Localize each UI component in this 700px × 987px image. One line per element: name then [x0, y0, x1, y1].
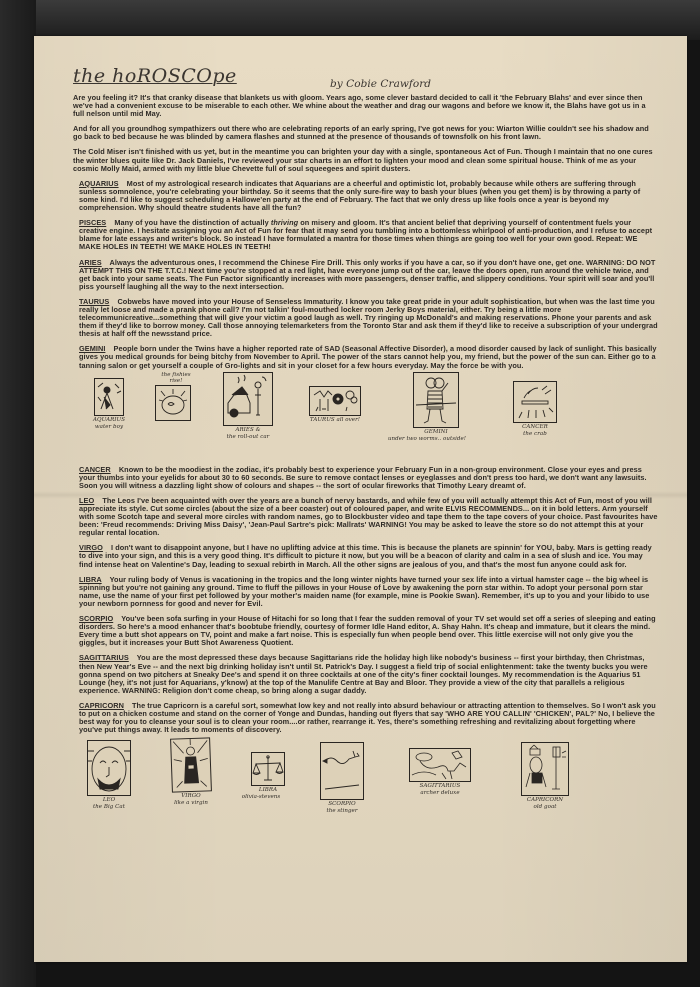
cartoon-caption: VIRGO	[171, 793, 211, 799]
sign-entry-scorpio: SCORPIO You've been sofa surfing in your…	[79, 615, 658, 647]
lion-face-icon	[87, 740, 131, 796]
sign-entry-libra: LIBRA Your ruling body of Venus is vacat…	[79, 576, 658, 608]
madonna-icon	[170, 738, 212, 793]
sign-text: People born under the Twins have a highe…	[79, 344, 657, 369]
cartoon-caption: old goat	[521, 804, 569, 810]
goat-icon	[521, 742, 569, 796]
horoscope-column: the hoROSCOpe by Cobie Crawford Are you …	[73, 72, 658, 836]
cartoon-caption: SCORPIO	[320, 801, 364, 807]
sign-entry-aquarius: AQUARIUS Most of my astrological researc…	[79, 180, 658, 212]
cartoon-caption: the Big Cat	[87, 804, 131, 810]
fishbowl-icon	[155, 385, 191, 421]
sign-text: You've been sofa surfing in your House o…	[79, 614, 656, 647]
sign-text: Always the adventurous ones, I recommend…	[79, 258, 655, 291]
newspaper-page: the hoROSCOpe by Cobie Crawford Are you …	[34, 36, 687, 962]
bull-icon	[309, 386, 361, 416]
cartoon-caption: CANCER	[513, 424, 557, 430]
sign-text: The Leos I've been acquainted with over …	[79, 496, 657, 537]
article-byline: by Cobie Crawford	[330, 80, 431, 88]
scanner-backdrop-top	[0, 0, 700, 40]
sign-entry-virgo: VIRGO I don't want to disappoint anyone,…	[79, 544, 658, 568]
cartoon-caption: CAPRICORN	[521, 797, 569, 803]
cartoon-caption: AQUARIUS	[93, 417, 125, 423]
cartoon-caption: like a virgin	[171, 800, 211, 806]
sign-text: Your ruling body of Venus is vacationing…	[79, 575, 649, 608]
sign-text: You are the most depressed these days be…	[79, 653, 648, 694]
water-splash-icon	[94, 378, 124, 416]
cartoon-caption: archer deluxe	[409, 790, 471, 796]
cartoon-top-note: the fishies rise!	[161, 372, 191, 384]
sign-text: I don't want to disappoint anyone, but I…	[79, 543, 652, 568]
cartoon-caption: LEO	[87, 797, 131, 803]
cartoon-cancer: CANCER the crab	[513, 381, 557, 437]
cartoon-caption: water boy	[93, 424, 125, 430]
cartoon-caption: the crab	[513, 431, 557, 437]
cartoon-caption: LIBRA	[245, 787, 291, 793]
sign-entry-pisces: PISCES Many of you have the distinction …	[79, 219, 658, 251]
sign-entry-aries: ARIES Always the adventurous ones, I rec…	[79, 259, 658, 291]
cartoon-virgo: VIRGO like a virgin	[171, 738, 211, 806]
sign-entry-gemini: GEMINI People born under the Twins have …	[79, 345, 658, 369]
cigarette-icon	[513, 381, 557, 423]
car-icon	[223, 372, 273, 426]
sign-text: Cobwebs have moved into your House of Se…	[79, 297, 658, 338]
sign-text: Known to be the moodiest in the zodiac, …	[79, 465, 647, 490]
scales-icon	[251, 752, 285, 786]
cartoon-aries: ARIES & the roll-out car	[223, 372, 273, 440]
sign-entry-capricorn: CAPRICORN The true Capricorn is a carefu…	[79, 702, 658, 734]
scorpion-icon	[320, 742, 364, 800]
cartoon-libra: LIBRA olivia-stevens	[245, 752, 291, 800]
cartoon-caption: SAGITTARIUS	[409, 783, 471, 789]
twins-icon	[413, 372, 459, 428]
cartoon-pisces: the fishies rise!	[155, 372, 191, 421]
cartoon-strip-2: LEO the Big Cat VIRGO like a virgin LIBR…	[73, 738, 658, 830]
sign-entry-sagittarius: SAGITTARIUS You are the most depressed t…	[79, 654, 658, 694]
cartoon-leo: LEO the Big Cat	[87, 740, 131, 810]
cartoon-caption: the roll-out car	[223, 434, 273, 440]
cartoon-strip-1: AQUARIUS water boy the fishies rise! ARI…	[73, 372, 658, 460]
intro-paragraph: The Cold Miser isn't finished with us ye…	[73, 148, 658, 172]
cartoon-scorpio: SCORPIO the stinger	[320, 742, 364, 814]
sign-entry-leo: LEO The Leos I've been acquainted with o…	[79, 497, 658, 537]
cartoon-sagittarius: SAGITTARIUS archer deluxe	[409, 748, 471, 796]
scanner-backdrop-left	[0, 0, 36, 987]
cartoon-caption: the stinger	[320, 808, 364, 814]
cartoon-gemini: GEMINI under two worms.. outside!	[405, 372, 467, 442]
article-title: the hoROSCOpe	[73, 72, 237, 80]
sign-entry-taurus: TAURUS Cobwebs have moved into your Hous…	[79, 298, 658, 338]
cartoon-caption: olivia-stevens	[231, 794, 291, 800]
cartoon-aquarius: AQUARIUS water boy	[93, 378, 125, 430]
cartoon-caption: TAURUS all over!	[309, 417, 361, 423]
article-header: the hoROSCOpe by Cobie Crawford	[73, 72, 658, 94]
cartoon-caption: under two worms.. outside!	[387, 436, 467, 442]
cartoon-taurus: TAURUS all over!	[309, 386, 361, 423]
cartoon-caption: ARIES &	[223, 427, 273, 433]
intro-paragraph: Are you feeling it? It's that cranky dis…	[73, 94, 658, 118]
sign-entry-cancer: CANCER Known to be the moodiest in the z…	[79, 466, 658, 490]
sign-text: Most of my astrological research indicat…	[79, 179, 640, 212]
sign-text: The true Capricorn is a careful sort, so…	[79, 701, 656, 734]
cartoon-caption: GEMINI	[405, 429, 467, 435]
cartoon-capricorn: CAPRICORN old goat	[521, 742, 569, 810]
archer-icon	[409, 748, 471, 782]
intro-paragraph: And for all you groundhog sympathizers o…	[73, 125, 658, 141]
